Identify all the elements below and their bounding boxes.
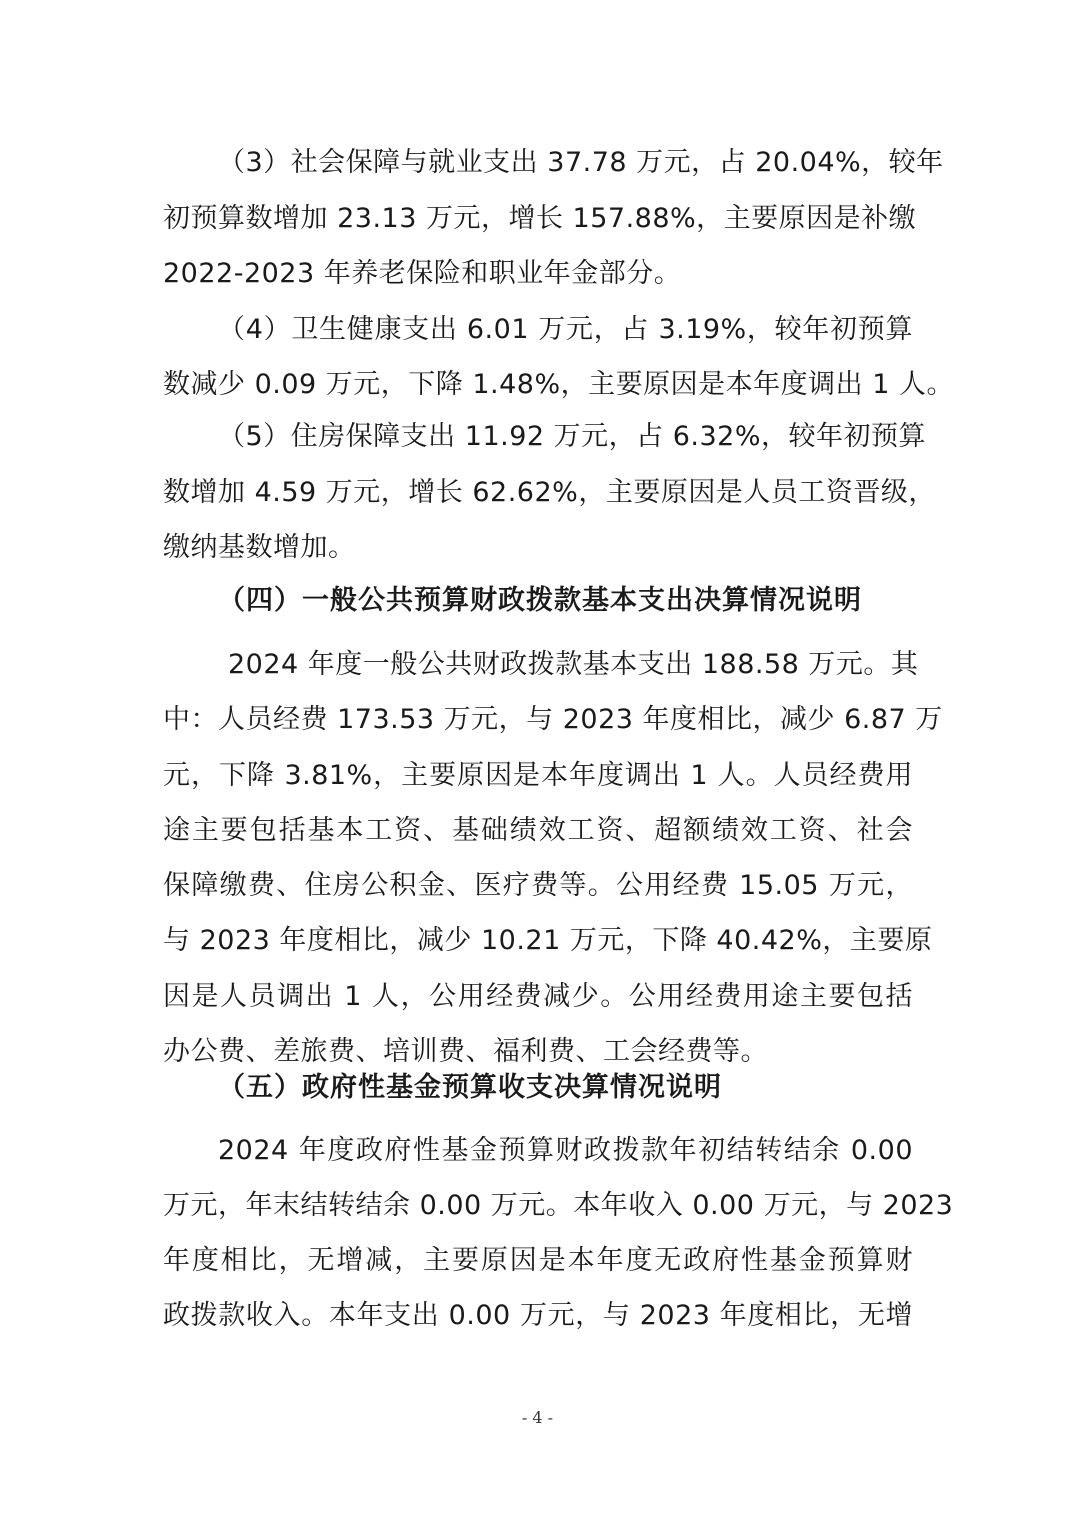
paragraph-line: 途主要包括基本工资、基础绩效工资、超额绩效工资、社会 [163,814,913,848]
paragraph-line: （5）住房保障支出 11.92 万元，占 6.32%，较年初预算 [218,420,913,454]
page-number: - 4 - [0,1408,1075,1427]
paragraph-line: 2022-2023 年养老保险和职业年金部分。 [163,257,913,291]
paragraph-line: 办公费、差旅费、培训费、福利费、工会经费等。 [163,1035,913,1069]
paragraph-line: 保障缴费、住房公积金、医疗费等。公用经费 15.05 万元， [163,869,913,903]
paragraph-line: （4）卫生健康支出 6.01 万元，占 3.19%，较年初预算 [218,313,913,347]
paragraph-line: 数减少 0.09 万元，下降 1.48%，主要原因是本年度调出 1 人。 [163,368,913,402]
paragraph-line: 2024 年度一般公共财政拨款基本支出 188.58 万元。其 [228,648,913,682]
section-heading: （四）一般公共预算财政拨款基本支出决算情况说明 [218,584,862,618]
paragraph-line: 数增加 4.59 万元，增长 62.62%，主要原因是人员工资晋级， [163,476,913,510]
paragraph-line: 元，下降 3.81%，主要原因是本年度调出 1 人。人员经费用 [163,759,913,793]
paragraph-line: （3）社会保障与就业支出 37.78 万元，占 20.04%，较年 [218,146,913,180]
paragraph-line: 万元，年末结转结余 0.00 万元。本年收入 0.00 万元，与 2023 [163,1189,913,1223]
paragraph-line: 因是人员调出 1 人，公用经费减少。公用经费用途主要包括 [163,980,913,1014]
paragraph-line: 年度相比，无增减，主要原因是本年度无政府性基金预算财 [163,1244,913,1278]
document-page: （3）社会保障与就业支出 37.78 万元，占 20.04%，较年 初预算数增加… [0,0,1075,1520]
paragraph-line: 缴纳基数增加。 [163,531,913,565]
paragraph-line: 2024 年度政府性基金预算财政拨款年初结转结余 0.00 [218,1134,913,1168]
section-heading: （五）政府性基金预算收支决算情况说明 [218,1071,722,1105]
paragraph-line: 初预算数增加 23.13 万元，增长 157.88%，主要原因是补缴 [163,202,913,236]
paragraph-line: 与 2023 年度相比，减少 10.21 万元，下降 40.42%，主要原 [163,924,913,958]
paragraph-line: 中：人员经费 173.53 万元，与 2023 年度相比，减少 6.87 万 [163,703,913,737]
paragraph-line: 政拨款收入。本年支出 0.00 万元，与 2023 年度相比，无增 [163,1299,913,1333]
